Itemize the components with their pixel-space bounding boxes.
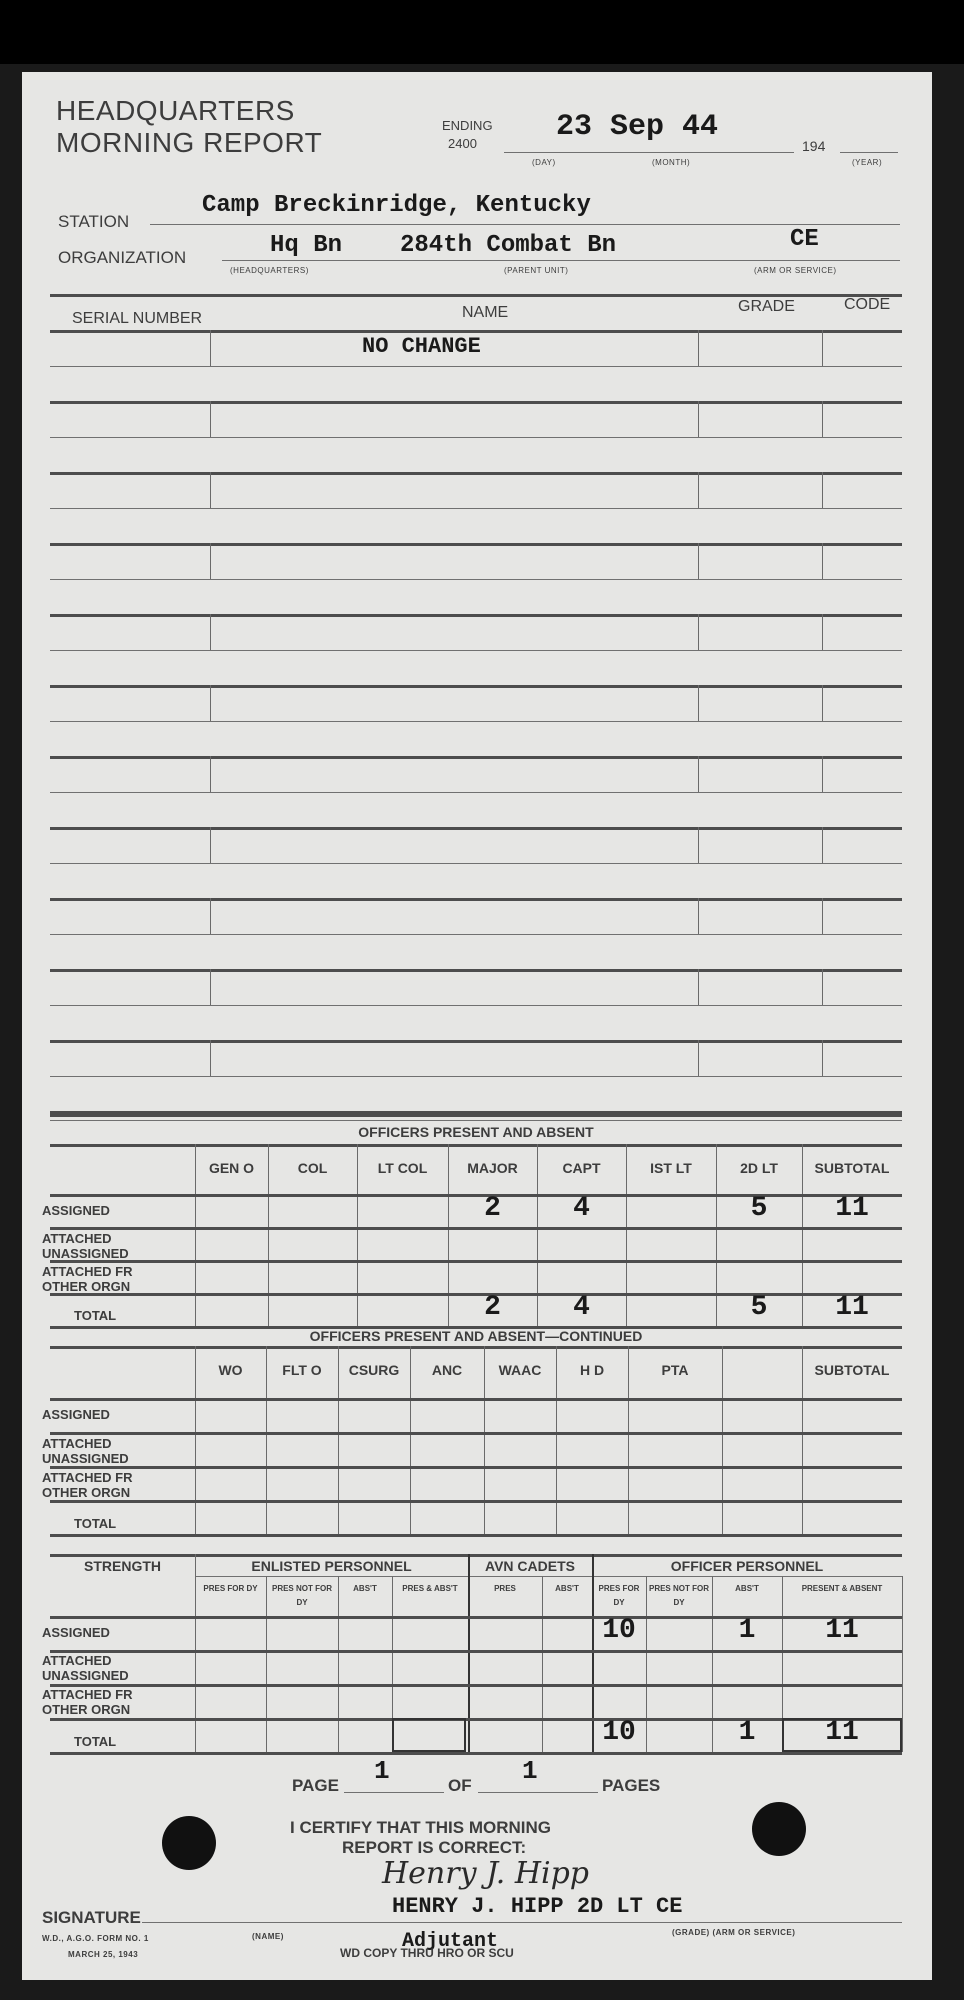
report-date: 23 Sep 44 <box>556 110 718 144</box>
row-label: ATTACHED FR OTHER ORGN <box>42 1687 172 1717</box>
form-title-line1: HEADQUARTERS <box>56 96 295 126</box>
row-label: ATTACHED UNASSIGNED <box>42 1653 172 1683</box>
row-label-total: TOTAL <box>74 1734 116 1749</box>
grade-arm-label: (GRADE) (ARM OR SERVICE) <box>672 1928 795 1937</box>
cell-value: 4 <box>537 1292 626 1323</box>
col-header: PRES FOR DY <box>592 1582 646 1610</box>
group-enlisted: ENLISTED PERSONNEL <box>195 1558 468 1574</box>
cell-value: 11 <box>782 1615 902 1646</box>
col-header: PTA <box>628 1362 722 1378</box>
col-header: SUBTOTAL <box>802 1362 902 1378</box>
col-header: PRES <box>468 1582 542 1596</box>
row-label-assigned: ASSIGNED <box>42 1203 110 1218</box>
col-header: PRES NOT FOR DY <box>646 1582 712 1610</box>
ending-label: ENDING <box>442 118 493 133</box>
col-header: WAAC <box>484 1362 556 1378</box>
col-header: ANC <box>410 1362 484 1378</box>
row-label: ATTACHED FR OTHER ORGN <box>42 1470 172 1500</box>
col-header: SUBTOTAL <box>802 1160 902 1176</box>
col-header: WO <box>195 1362 266 1378</box>
form-title-line2: MORNING REPORT <box>56 128 322 158</box>
punch-hole-right <box>752 1802 806 1856</box>
col-grade: GRADE <box>738 298 795 316</box>
month-label: (MONTH) <box>652 158 690 167</box>
col-header: PRES FOR DY <box>195 1582 266 1596</box>
page-number: 1 <box>374 1756 390 1786</box>
form-date: MARCH 25, 1943 <box>68 1950 138 1959</box>
organization-label: ORGANIZATION <box>58 248 186 268</box>
col-header: H D <box>556 1362 628 1378</box>
group-officer-personnel: OFFICER PERSONNEL <box>592 1558 902 1574</box>
col-serial-number: SERIAL NUMBER <box>72 310 202 328</box>
col-header: ABS'T <box>712 1582 782 1596</box>
col-header: GEN O <box>195 1160 268 1176</box>
signature-label: SIGNATURE <box>42 1908 141 1928</box>
cell-value: 5 <box>716 1292 802 1323</box>
day-label: (DAY) <box>532 158 556 167</box>
col-header: MAJOR <box>448 1160 537 1176</box>
page-label: PAGE <box>292 1776 339 1796</box>
cell-value: 11 <box>802 1193 902 1224</box>
col-header: PRES & ABS'T <box>392 1582 468 1596</box>
row-label-total: TOTAL <box>74 1516 116 1531</box>
row-label-assigned: ASSIGNED <box>42 1625 110 1640</box>
col-header: FLT O <box>266 1362 338 1378</box>
strength-title: STRENGTH <box>50 1558 195 1574</box>
col-header: COL <box>268 1160 357 1176</box>
col-header: LT COL <box>357 1160 448 1176</box>
col-name: NAME <box>462 304 508 322</box>
pages-label: PAGES <box>602 1776 660 1796</box>
cell-value: 10 <box>592 1717 646 1748</box>
col-header: ABS'T <box>338 1582 392 1596</box>
morning-report-form: HEADQUARTERS MORNING REPORT ENDING 2400 … <box>22 72 932 1980</box>
row-label-assigned: ASSIGNED <box>42 1407 110 1422</box>
parent-unit-value: 284th Combat Bn <box>400 232 616 259</box>
punch-hole-left <box>162 1816 216 1870</box>
station-label: STATION <box>58 212 129 232</box>
form-number: W.D., A.G.O. FORM NO. 1 <box>42 1934 149 1943</box>
cell-value: 10 <box>592 1615 646 1646</box>
row-label-total: TOTAL <box>74 1308 116 1323</box>
cell-value: 11 <box>802 1292 902 1323</box>
headquarters-value: Hq Bn <box>270 232 342 259</box>
row-label: ATTACHED UNASSIGNED <box>42 1436 172 1466</box>
officers-continued-title: OFFICERS PRESENT AND ABSENT—CONTINUED <box>50 1328 902 1344</box>
ending-time: 2400 <box>448 136 477 151</box>
total-pages: 1 <box>522 1756 538 1786</box>
row-label: ATTACHED UNASSIGNED <box>42 1231 172 1261</box>
certify-line1: I CERTIFY THAT THIS MORNING <box>290 1818 551 1838</box>
row-label: ATTACHED FR OTHER ORGN <box>42 1264 172 1294</box>
cell-value: 4 <box>537 1193 626 1224</box>
officers-section-title: OFFICERS PRESENT AND ABSENT <box>50 1124 902 1140</box>
arm-service-label: (ARM OR SERVICE) <box>754 266 837 275</box>
col-header: CAPT <box>537 1160 626 1176</box>
station-value: Camp Breckinridge, Kentucky <box>202 192 591 219</box>
col-header: CSURG <box>338 1362 410 1378</box>
cell-value: 5 <box>716 1193 802 1224</box>
name-label: (NAME) <box>252 1932 284 1941</box>
year-prefix: 194 <box>802 138 825 154</box>
col-header: PRESENT & ABSENT <box>782 1582 902 1596</box>
cell-value: 1 <box>712 1717 782 1748</box>
headquarters-label: (HEADQUARTERS) <box>230 266 309 275</box>
parent-unit-label: (PARENT UNIT) <box>504 266 568 275</box>
col-header: PRES NOT FOR DY <box>266 1582 338 1610</box>
copy-note: WD COPY THRU HRO OR SCU <box>340 1946 514 1960</box>
typed-name-grade: HENRY J. HIPP 2D LT CE <box>392 1894 682 1919</box>
certify-line2: REPORT IS CORRECT: <box>342 1838 526 1858</box>
year-label: (YEAR) <box>852 158 882 167</box>
col-header: ABS'T <box>542 1582 592 1596</box>
cell-value: 1 <box>712 1615 782 1646</box>
handwritten-signature: Henry J. Hipp <box>382 1856 589 1891</box>
group-avn-cadets: AVN CADETS <box>468 1558 592 1574</box>
cell-value: 2 <box>448 1292 537 1323</box>
cell-value: 2 <box>448 1193 537 1224</box>
col-code: CODE <box>844 296 890 314</box>
arm-service-value: CE <box>790 226 819 253</box>
col-header: 2D LT <box>716 1160 802 1176</box>
of-label: OF <box>448 1776 472 1796</box>
roster-entry-name: NO CHANGE <box>362 334 481 359</box>
col-header: IST LT <box>626 1160 716 1176</box>
